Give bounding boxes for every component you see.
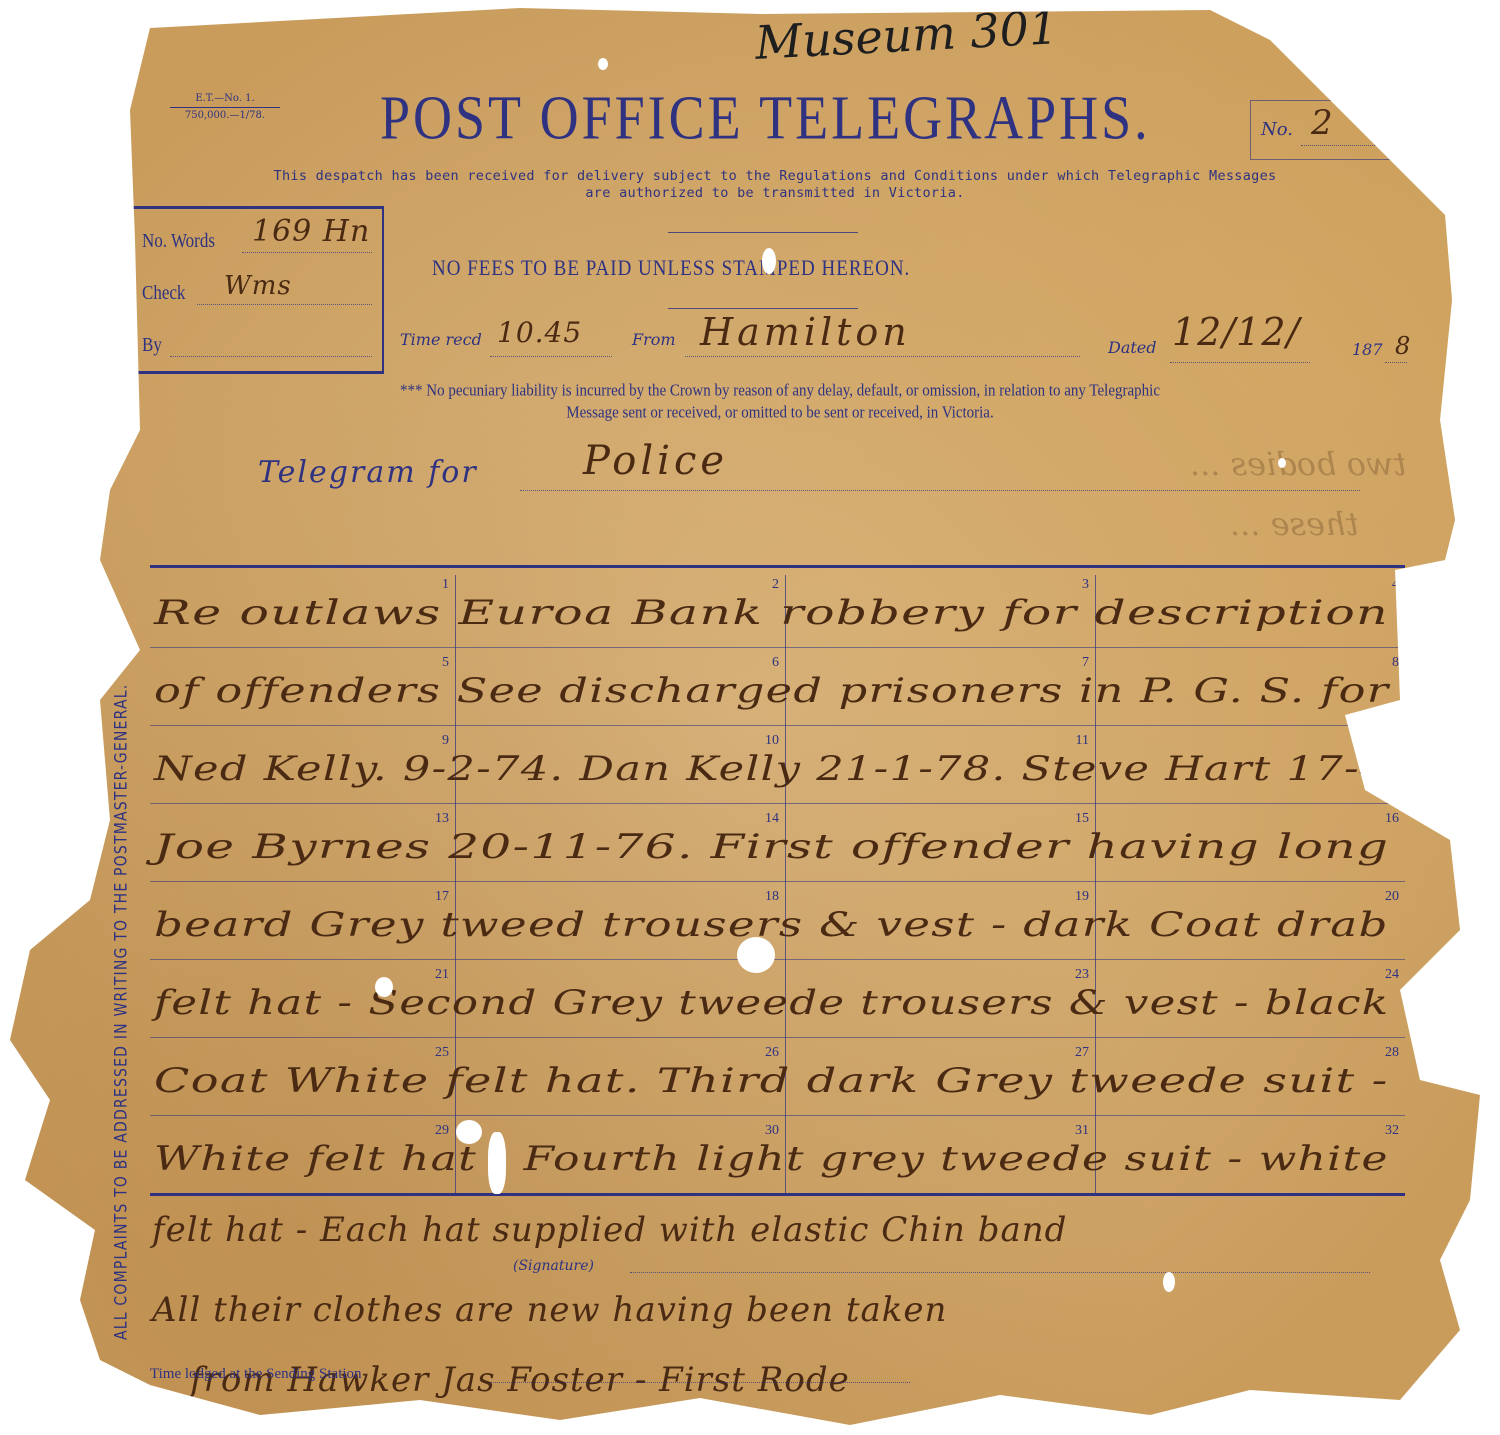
- word-count-number: 27: [1059, 1045, 1089, 1061]
- word-count-number: 17: [419, 889, 449, 905]
- liability-notice: *** No pecuniary liability is incurred b…: [150, 380, 1410, 424]
- word-count-number: 5: [419, 655, 449, 671]
- grid-row-rule: [150, 1115, 1405, 1116]
- no-fees-notice: NO FEES TO BE PAID UNLESS STAMPED HEREON…: [432, 256, 910, 281]
- word-count-number: 10: [749, 733, 779, 749]
- word-count-number: 32: [1369, 1123, 1399, 1139]
- signature-label: (Signature): [513, 1258, 594, 1274]
- words-value: 169 Hn: [252, 214, 370, 249]
- word-count-number: 23: [1059, 967, 1089, 983]
- word-count-number: 26: [749, 1045, 779, 1061]
- word-count-box: No. Words 169 Hn Check Wms By: [125, 206, 384, 374]
- paper-hole: [1278, 458, 1286, 468]
- paper-hole: [598, 58, 608, 70]
- paper-hole: [762, 248, 776, 274]
- word-count-number: 2: [749, 577, 779, 593]
- telegram-form-paper: E.T.—No. 1. 750,000.—1/78. Museum 301 PO…: [0, 0, 1500, 1435]
- word-count-number: 31: [1059, 1123, 1089, 1139]
- grid-row-rule: [150, 803, 1405, 804]
- grid-column-rule: [455, 575, 456, 1195]
- by-row: By: [142, 319, 372, 359]
- word-count-number: 19: [1059, 889, 1089, 905]
- dated-value: 12/12/: [1172, 310, 1300, 354]
- message-continuation-line: felt hat - Each hat supplied with elasti…: [152, 1210, 1067, 1250]
- check-row: Check Wms: [142, 267, 372, 307]
- reverse-show-through: these ...: [1230, 505, 1358, 543]
- by-line: [170, 356, 372, 357]
- divider-rule: [668, 232, 858, 233]
- words-line: [242, 252, 372, 253]
- message-line: Coat White felt hat. Third dark Grey twe…: [154, 1061, 1389, 1101]
- grid-top-rule: [150, 565, 1405, 568]
- paper-hole: [375, 977, 393, 997]
- divider-rule: [668, 308, 858, 309]
- message-continuation-line: All their clothes are new having been ta…: [152, 1290, 947, 1330]
- form-code-divider: [170, 107, 280, 108]
- message-line: of offenders See discharged prisoners in…: [154, 671, 1389, 711]
- grid-row-rule: [150, 725, 1405, 726]
- message-line: felt hat - Second Grey tweede trousers &…: [154, 983, 1389, 1023]
- message-line: White felt hat - Fourth light grey tweed…: [154, 1139, 1389, 1179]
- time-received-value: 10.45: [497, 316, 582, 349]
- paper-hole: [1163, 1272, 1175, 1292]
- complaints-notice: ALL COMPLAINTS TO BE ADDRESSED IN WRITIN…: [112, 540, 141, 1340]
- word-count-number: 18: [749, 889, 779, 905]
- telegram-number-label: No.: [1261, 119, 1293, 140]
- grid-column-rule: [785, 575, 786, 1195]
- liability-notice-line-1: *** No pecuniary liability is incurred b…: [150, 380, 1410, 402]
- dated-line: [1170, 362, 1310, 363]
- message-line: Ned Kelly. 9-2-74. Dan Kelly 21-1-78. St…: [154, 749, 1389, 789]
- telegram-recipient: Police: [583, 438, 728, 484]
- from-value: Hamilton: [700, 310, 911, 354]
- grid-column-rule: [1095, 575, 1096, 1195]
- word-count-number: 14: [749, 811, 779, 827]
- grid-row-rule: [150, 881, 1405, 882]
- form-code-line-1: E.T.—No. 1.: [170, 92, 280, 106]
- words-label: No. Words: [142, 230, 215, 253]
- message-line: beard Grey tweed trousers & vest - dark …: [154, 905, 1389, 945]
- time-received-line: [490, 356, 612, 357]
- form-code: E.T.—No. 1. 750,000.—1/78.: [170, 92, 280, 123]
- word-count-number: 24: [1369, 967, 1399, 983]
- word-count-number: 25: [419, 1045, 449, 1061]
- year-prefix: 187: [1352, 340, 1383, 359]
- from-label: From: [632, 330, 676, 349]
- telegram-for-line: [520, 490, 1360, 491]
- grid-bottom-rule: [150, 1193, 1405, 1196]
- form-title: POST OFFICE TELEGRAPHS.: [380, 82, 1151, 153]
- word-count-number: 11: [1059, 733, 1089, 749]
- telegram-number-value: 2: [1311, 103, 1334, 143]
- paper-hole: [488, 1132, 506, 1194]
- grid-row-rule: [150, 959, 1405, 960]
- paper-hole: [737, 937, 775, 973]
- word-count-number: 29: [419, 1123, 449, 1139]
- telegram-number-line: [1301, 145, 1421, 146]
- check-label: Check: [142, 282, 185, 305]
- word-count-number: 21: [419, 967, 449, 983]
- despatch-notice-line-1: This despatch has been received for deli…: [150, 168, 1400, 185]
- time-received-label: Time recd: [400, 330, 482, 349]
- signature-line: [630, 1272, 1370, 1273]
- message-line: Re outlaws Euroa Bank robbery for descri…: [154, 593, 1389, 633]
- word-count-number: 28: [1369, 1045, 1399, 1061]
- time-lodged-line: [490, 1382, 910, 1383]
- by-label: By: [142, 334, 162, 357]
- word-count-number: 7: [1059, 655, 1089, 671]
- paper-hole: [456, 1120, 482, 1144]
- despatch-notice: This despatch has been received for deli…: [150, 168, 1400, 202]
- telegram-for-label: Telegram for: [258, 455, 478, 490]
- word-count-number: 6: [749, 655, 779, 671]
- from-line: [685, 356, 1080, 357]
- year-line: [1385, 362, 1407, 363]
- grid-row-rule: [150, 1037, 1405, 1038]
- word-count-number: 30: [749, 1123, 779, 1139]
- word-count-number: 4: [1369, 577, 1399, 593]
- telegram-number-box: No. 2: [1250, 100, 1421, 160]
- word-count-number: 20: [1369, 889, 1399, 905]
- words-row: No. Words 169 Hn: [142, 215, 372, 255]
- message-word-grid: 1234567891011131415161718192021232425262…: [150, 565, 1405, 1195]
- grid-row-rule: [150, 647, 1405, 648]
- archive-note: Museum 301: [754, 0, 1060, 70]
- word-count-number: 9: [419, 733, 449, 749]
- check-value: Wms: [224, 271, 292, 301]
- word-count-number: 3: [1059, 577, 1089, 593]
- time-lodged-label: Time lodged at the Sending Station: [150, 1366, 362, 1383]
- form-code-line-2: 750,000.—1/78.: [170, 109, 280, 123]
- dated-label: Dated: [1108, 338, 1157, 357]
- liability-notice-line-2: Message sent or received, or omitted to …: [150, 402, 1410, 424]
- word-count-number: 15: [1059, 811, 1089, 827]
- word-count-number: 16: [1369, 811, 1399, 827]
- word-count-number: 8: [1369, 655, 1399, 671]
- reverse-show-through: two bodies ...: [1190, 445, 1406, 483]
- despatch-notice-line-2: are authorized to be transmitted in Vict…: [150, 185, 1400, 202]
- word-count-number: 13: [419, 811, 449, 827]
- message-line: Joe Byrnes 20-11-76. First offender havi…: [154, 827, 1389, 867]
- year-suffix: 8: [1395, 332, 1411, 360]
- check-line: [197, 304, 372, 305]
- word-count-number: 1: [419, 577, 449, 593]
